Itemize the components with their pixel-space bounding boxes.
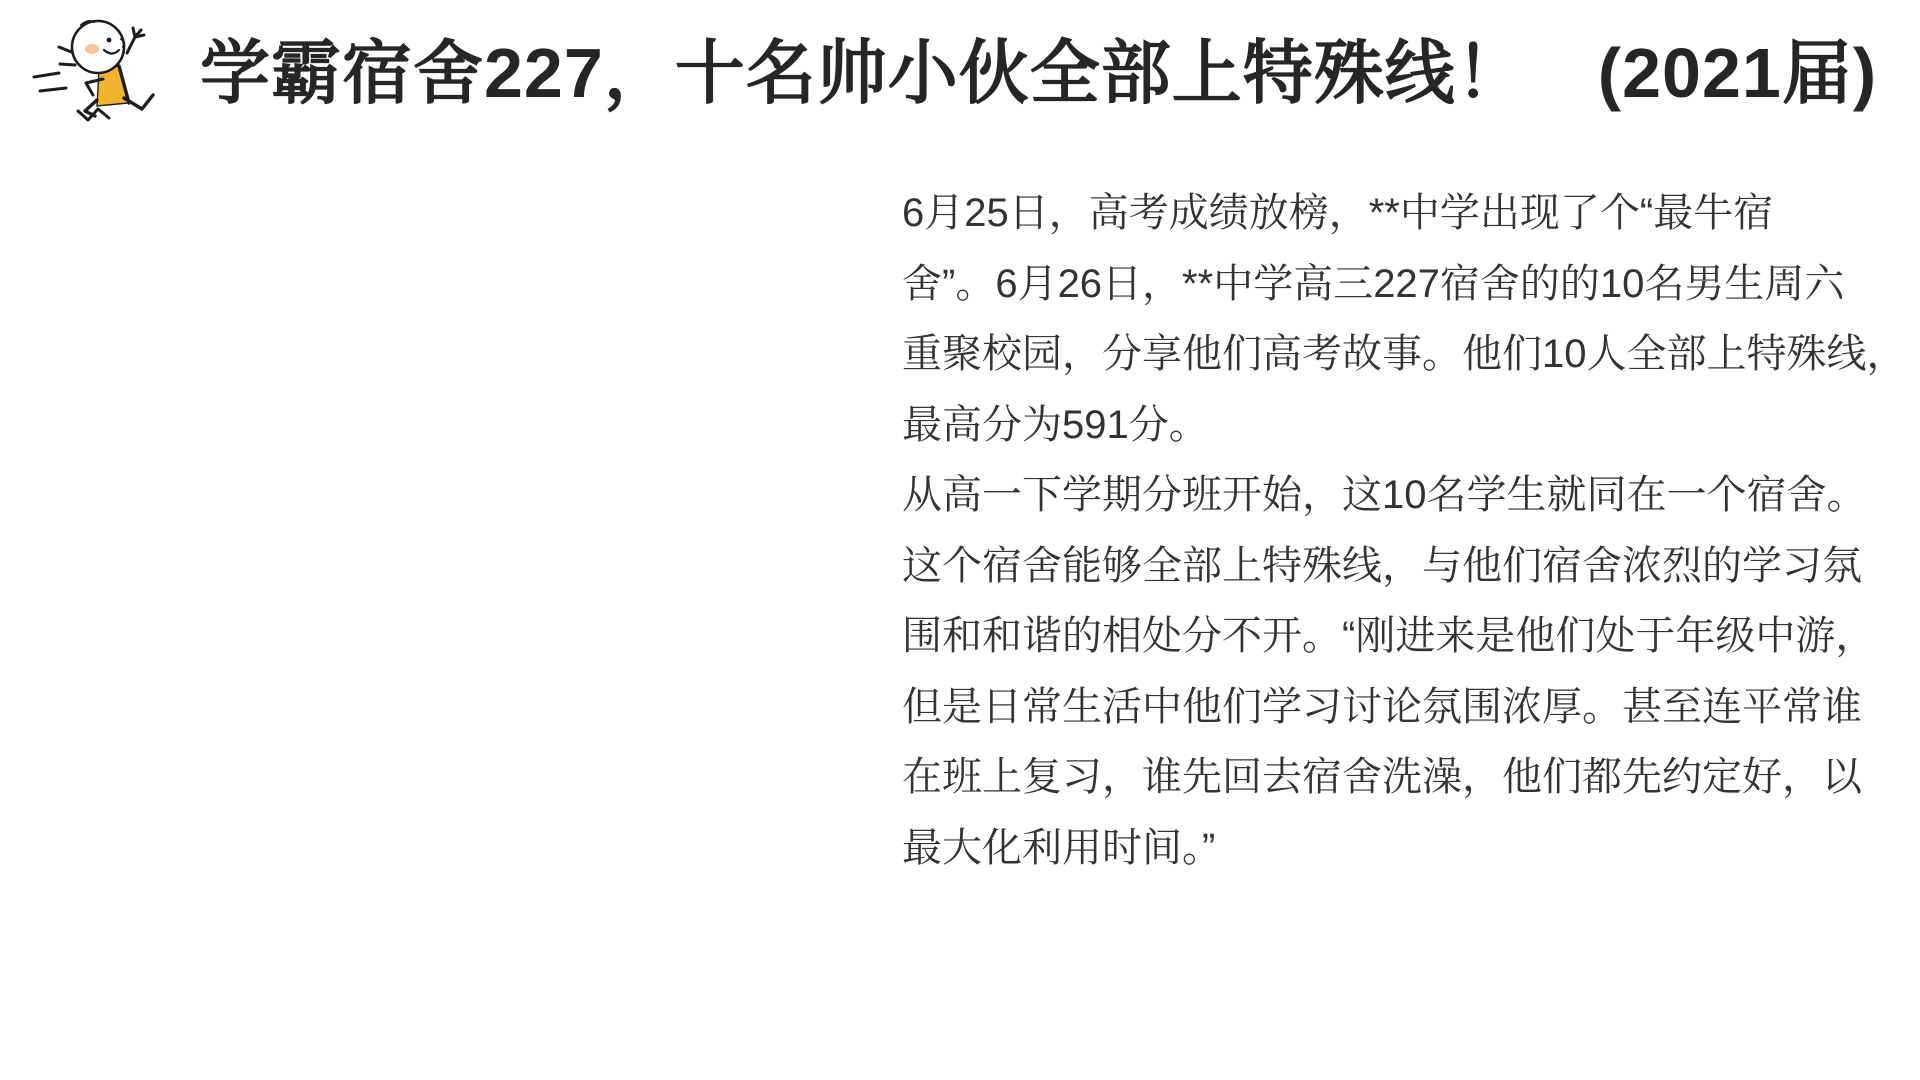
running-kid-doodle-svg bbox=[28, 8, 173, 133]
presentation-slide: 学霸宿舍227，十名帅小伙全部上特殊线！ (2021届) 6月25日，高考成绩放… bbox=[0, 0, 1920, 1080]
running-kid-doodle-icon bbox=[28, 8, 173, 133]
body-text-line: 围和和谐的相处分不开。“刚进来是他们处于年级中游， bbox=[902, 601, 1902, 672]
body-text-line: 这个宿舍能够全部上特殊线，与他们宿舍浓烈的学习氛 bbox=[902, 531, 1902, 602]
body-text-line: 最大化利用时间。” bbox=[902, 813, 1902, 884]
body-text-line: 在班上复习，谁先回去宿舍洗澡，他们都先约定好，以 bbox=[902, 742, 1902, 813]
body-text-line: 6月25日，高考成绩放榜，**中学出现了个“最牛宿 bbox=[902, 178, 1902, 249]
body-text-line: 最高分为591分。 bbox=[902, 390, 1902, 461]
body-text-block: 6月25日，高考成绩放榜，**中学出现了个“最牛宿舍”。6月26日，**中学高三… bbox=[902, 178, 1902, 883]
body-text-line: 重聚校园，分享他们高考故事。他们10人全部上特殊线， bbox=[902, 319, 1902, 390]
body-text-line: 但是日常生活中他们学习讨论氛围浓厚。甚至连平常谁 bbox=[902, 672, 1902, 743]
body-text-line: 从高一下学期分班开始，这10名学生就同在一个宿舍。 bbox=[902, 460, 1902, 531]
page-title: 学霸宿舍227，十名帅小伙全部上特殊线！ (2021届) bbox=[200, 27, 1877, 119]
body-text-line: 舍”。6月26日，**中学高三227宿舍的的10名男生周六 bbox=[902, 249, 1902, 320]
